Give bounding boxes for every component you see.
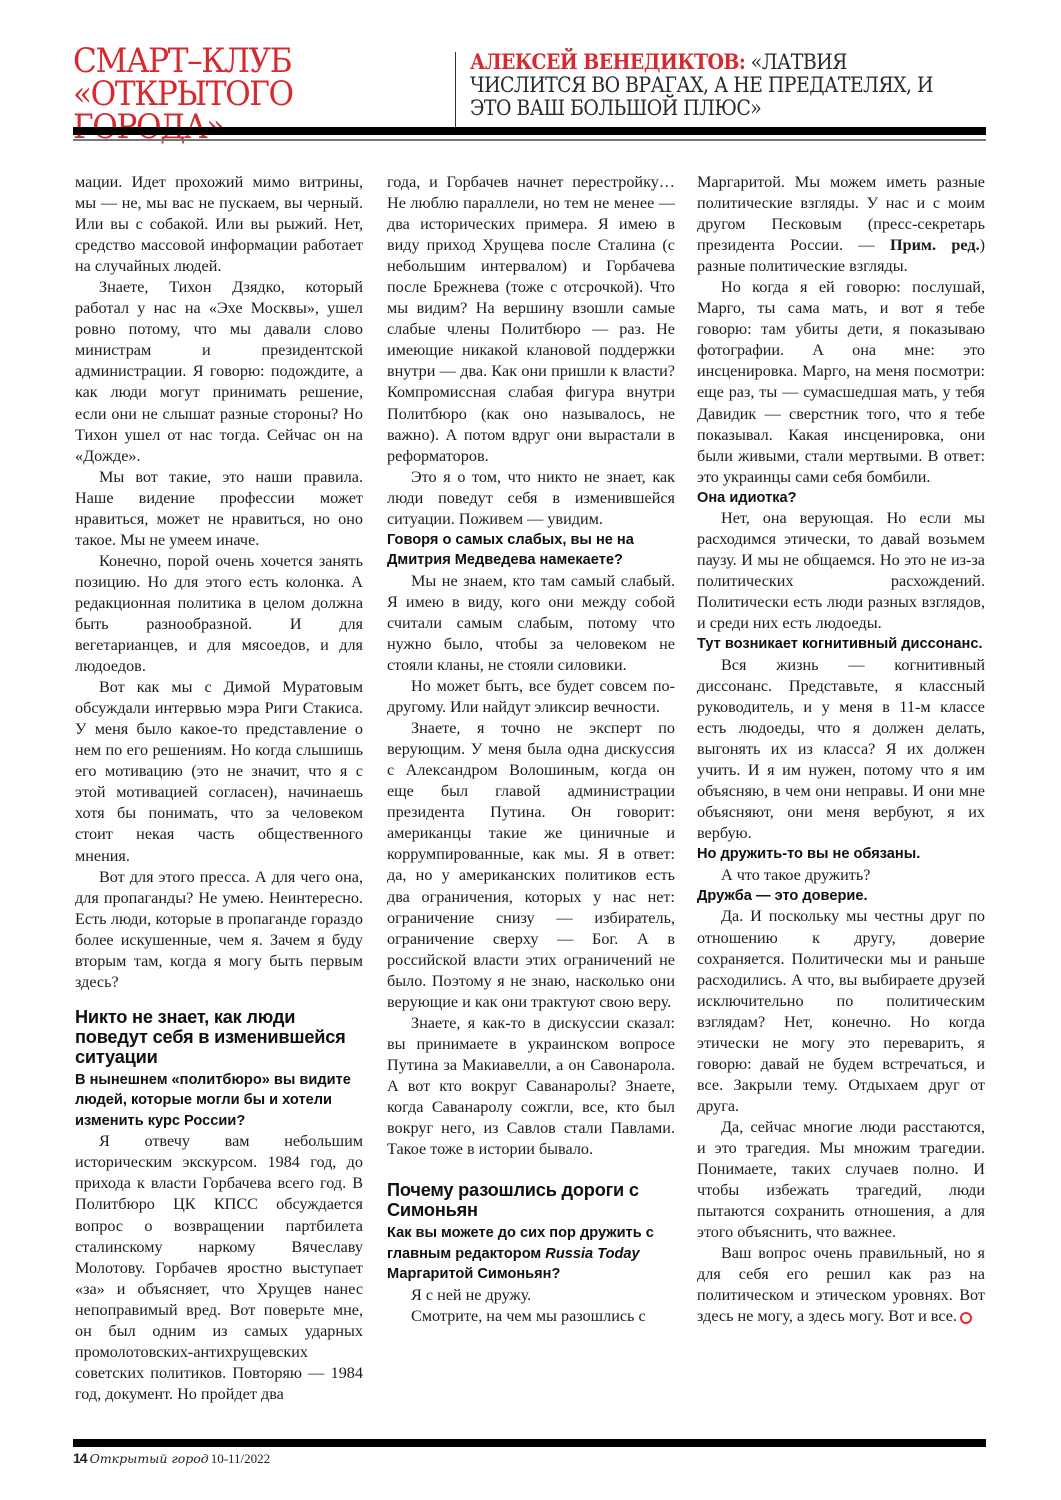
end-of-article-icon — [960, 1312, 972, 1324]
paragraph: Знаете, я как-то в дискуссии сказал: вы … — [387, 1013, 675, 1160]
interview-question: Дружба — это доверие. — [697, 886, 985, 907]
header-divider — [455, 52, 456, 128]
interview-question: Говоря о самых слабых, вы не на Дмитрия … — [387, 530, 675, 571]
paragraph: Но может быть, все будет совсем по-друго… — [387, 676, 675, 718]
question-italic-title: Russia Today — [545, 1246, 639, 1262]
magazine-name: Открытый город — [90, 1451, 209, 1466]
headline-speaker-name: АЛЕКСЕЙ ВЕНЕДИКТОВ: — [470, 49, 745, 74]
article-headline: АЛЕКСЕЙ ВЕНЕДИКТОВ: «ЛАТВИЯ ЧИСЛИТСЯ ВО … — [470, 50, 938, 120]
section-title-line1: СМАРТ–КЛУБ — [73, 44, 426, 77]
paragraph: Вся жизнь — когнитивный диссонанс. Предс… — [697, 655, 985, 844]
paragraph: Вот как мы с Димой Муратовым обсуждали и… — [75, 677, 363, 866]
interview-question: Тут возникает когнитивный диссонанс. — [697, 634, 985, 655]
editor-note: Прим. ред. — [890, 236, 980, 254]
paragraph: Мы не знаем, кто там самый слабый. Я име… — [387, 571, 675, 676]
question-text: Маргаритой Симоньян? — [387, 1266, 560, 1282]
paragraph-text: Ваш вопрос очень правильный, но я для се… — [697, 1244, 985, 1325]
page-footer: 14Открытый город10-11/2022 — [73, 1450, 270, 1467]
paragraph: мации. Идет прохожий мимо витрины, мы — … — [75, 172, 363, 277]
paragraph: Маргаритой. Мы можем иметь разные полити… — [697, 172, 985, 277]
interview-question: Но дружить-то вы не обязаны. — [697, 844, 985, 865]
paragraph: года, и Горбачев начнет перестройку… Не … — [387, 172, 675, 467]
paragraph: Знаете, я точно не эксперт по верующим. … — [387, 718, 675, 1013]
paragraph: Но когда я ей говорю: послушай, Марго, т… — [697, 277, 985, 487]
issue-number: 10-11/2022 — [211, 1451, 270, 1466]
interview-question: В нынешнем «политбюро» вы видите людей, … — [75, 1070, 363, 1132]
subheading: Никто не знает, как люди поведут себя в … — [75, 1007, 363, 1067]
paragraph: Ваш вопрос очень правильный, но я для се… — [697, 1243, 985, 1327]
paragraph: А что такое дружить? — [697, 865, 985, 886]
footer-rule — [73, 1439, 986, 1447]
paragraph: Мы вот такие, это наши правила. Наше вид… — [75, 467, 363, 551]
article-column-3: Маргаритой. Мы можем иметь разные полити… — [697, 172, 985, 1327]
subheading: Почему разошлись дороги с Симоньян — [387, 1180, 675, 1220]
header-rule-thin — [73, 139, 986, 141]
article-column-1: мации. Идет прохожий мимо витрины, мы — … — [75, 172, 363, 1405]
magazine-page: СМАРТ–КЛУБ «ОТКРЫТОГО ГОРОДА» АЛЕКСЕЙ ВЕ… — [0, 0, 1061, 1500]
paragraph: Да. И поскольку мы честны друг по отноше… — [697, 906, 985, 1116]
paragraph: Смотрите, на чем мы разошлись с — [387, 1306, 675, 1327]
article-column-2: года, и Горбачев начнет перестройку… Не … — [387, 172, 675, 1327]
paragraph: Это я о том, что никто не знает, как люд… — [387, 467, 675, 530]
paragraph: Да, сейчас многие люди расстаются, и это… — [697, 1117, 985, 1243]
paragraph: Вот для этого пресса. А для чего она, дл… — [75, 867, 363, 993]
paragraph: Конечно, порой очень хочется занять пози… — [75, 551, 363, 677]
interview-question: Как вы можете до сих пор дружить с главн… — [387, 1223, 675, 1285]
paragraph: Знаете, Тихон Дзядко, который работал у … — [75, 277, 363, 466]
header-rule-thick — [73, 127, 986, 135]
page-number: 14 — [73, 1450, 87, 1466]
interview-question: Она идиотка? — [697, 488, 985, 509]
paragraph: Я с ней не дружу. — [387, 1285, 675, 1306]
paragraph: Я отвечу вам небольшим историческим экск… — [75, 1131, 363, 1405]
paragraph: Нет, она верующая. Но если мы расходимся… — [697, 508, 985, 634]
